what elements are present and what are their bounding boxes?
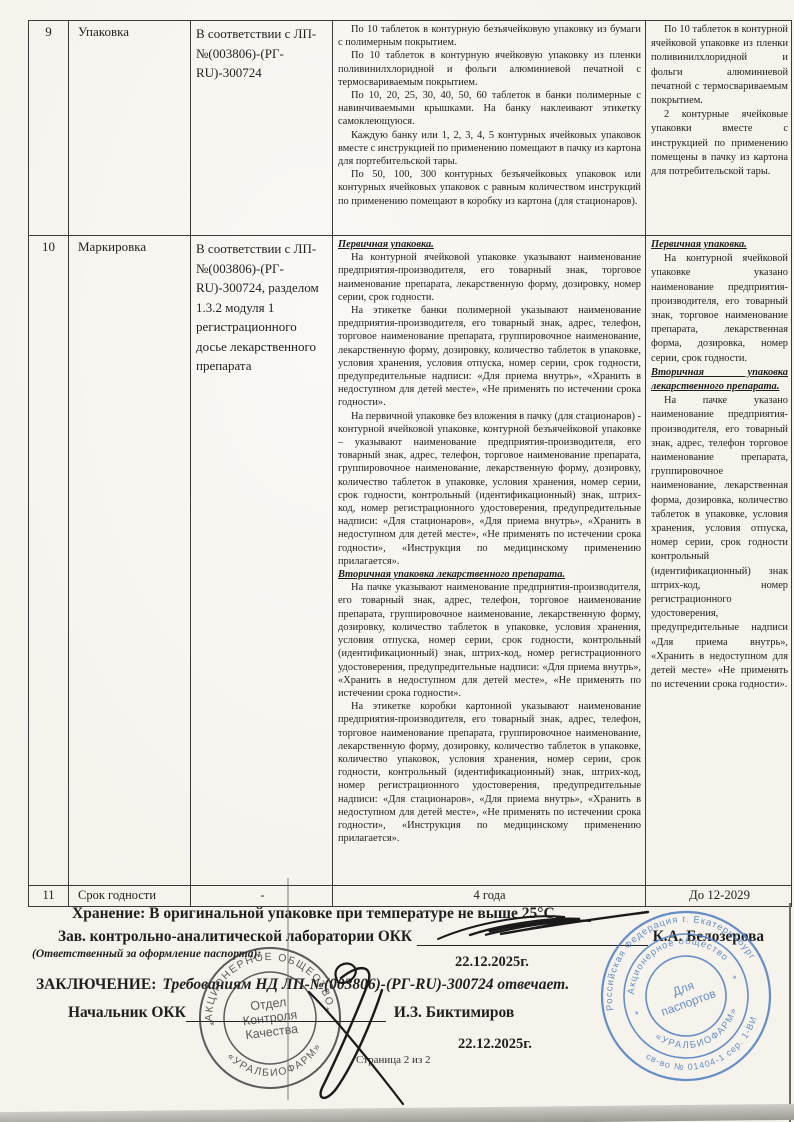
section-heading: Первичная упаковка. bbox=[338, 238, 641, 251]
paragraph: На первичной упаковке без вложения в пач… bbox=[338, 410, 641, 568]
date-okk-head: 22.12.2025г. bbox=[458, 1036, 532, 1053]
row11-norm-ref-cell: - bbox=[191, 886, 333, 906]
date-lab-head: 22.12.2025г. bbox=[455, 954, 529, 971]
blue-stamp-star-right: * bbox=[732, 974, 740, 986]
row9-parameter-cell: Упаковка bbox=[69, 21, 191, 236]
scan-edge-right bbox=[789, 903, 791, 1122]
spec-table: 9 Упаковка В соответствии с ЛП-№(003806)… bbox=[28, 20, 792, 907]
row10-norm-ref-cell: В соответствии с ЛП-№(003806)-(РГ-RU)-30… bbox=[191, 236, 333, 886]
paragraph: По 10 таблеток в контурную ячейковую упа… bbox=[338, 49, 641, 89]
dark-stamp-star-left: * bbox=[210, 1020, 216, 1033]
row9-result-cell: По 10 таблеток в контурной ячейковой упа… bbox=[646, 21, 791, 236]
blue-stamp-star-left: * bbox=[634, 1009, 642, 1021]
paragraph: На пачке указано наименование предприяти… bbox=[651, 394, 788, 692]
row10-parameter-cell: Маркировка bbox=[69, 236, 191, 886]
paragraph: На контурной ячейковой упаковке указано … bbox=[651, 252, 788, 366]
conclusion-label: ЗАКЛЮЧЕНИЕ: bbox=[36, 976, 156, 993]
row11-value-cell: 4 года bbox=[333, 886, 646, 906]
row10-number-cell: 10 bbox=[29, 236, 69, 886]
row9-number-cell: 9 bbox=[29, 21, 69, 236]
paragraph: На пачке указывают наименование предприя… bbox=[338, 581, 641, 700]
section-heading: Вторичная упаковка лекарственного препар… bbox=[338, 568, 641, 581]
section-heading: Первичная упаковка. bbox=[651, 238, 788, 252]
okk-head-label: Начальник ОКК bbox=[68, 1004, 186, 1022]
paragraph: 2 контурные ячейковые упаковки вместе с … bbox=[651, 108, 788, 179]
row9-requirements-cell: По 10 таблеток в контурную безъячейковую… bbox=[333, 21, 646, 236]
row11-parameter-cell: Срок годности bbox=[69, 886, 191, 906]
row10-requirements-cell: Первичная упаковка.На контурной ячейково… bbox=[333, 236, 646, 886]
paragraph: По 10, 20, 25, 30, 40, 50, 60 таблеток в… bbox=[338, 89, 641, 129]
paragraph: По 50, 100, 300 контурных безъячейковых … bbox=[338, 168, 641, 208]
signature-belozerova bbox=[430, 905, 655, 950]
paragraph: По 10 таблеток в контурной ячейковой упа… bbox=[651, 23, 788, 108]
paragraph: На этикетке банки полимерной указывают н… bbox=[338, 304, 641, 410]
signature-biktimirov bbox=[275, 958, 460, 1118]
row10-result-cell: Первичная упаковка.На контурной ячейково… bbox=[646, 236, 791, 886]
paragraph: Каждую банку или 1, 2, 3, 4, 5 контурных… bbox=[338, 129, 641, 169]
section-heading: Вторичная упаковка лекарственного препар… bbox=[651, 366, 788, 394]
paragraph: На контурной ячейковой упаковке указываю… bbox=[338, 251, 641, 304]
row11-number-cell: 11 bbox=[29, 886, 69, 906]
paragraph: По 10 таблеток в контурную безъячейковую… bbox=[338, 23, 641, 49]
paragraph: На этикетке коробки картонной указывают … bbox=[338, 700, 641, 845]
paper-fold-line bbox=[287, 878, 289, 1100]
row9-norm-ref-cell: В соответствии с ЛП-№(003806)-(РГ-RU)-30… bbox=[191, 21, 333, 236]
